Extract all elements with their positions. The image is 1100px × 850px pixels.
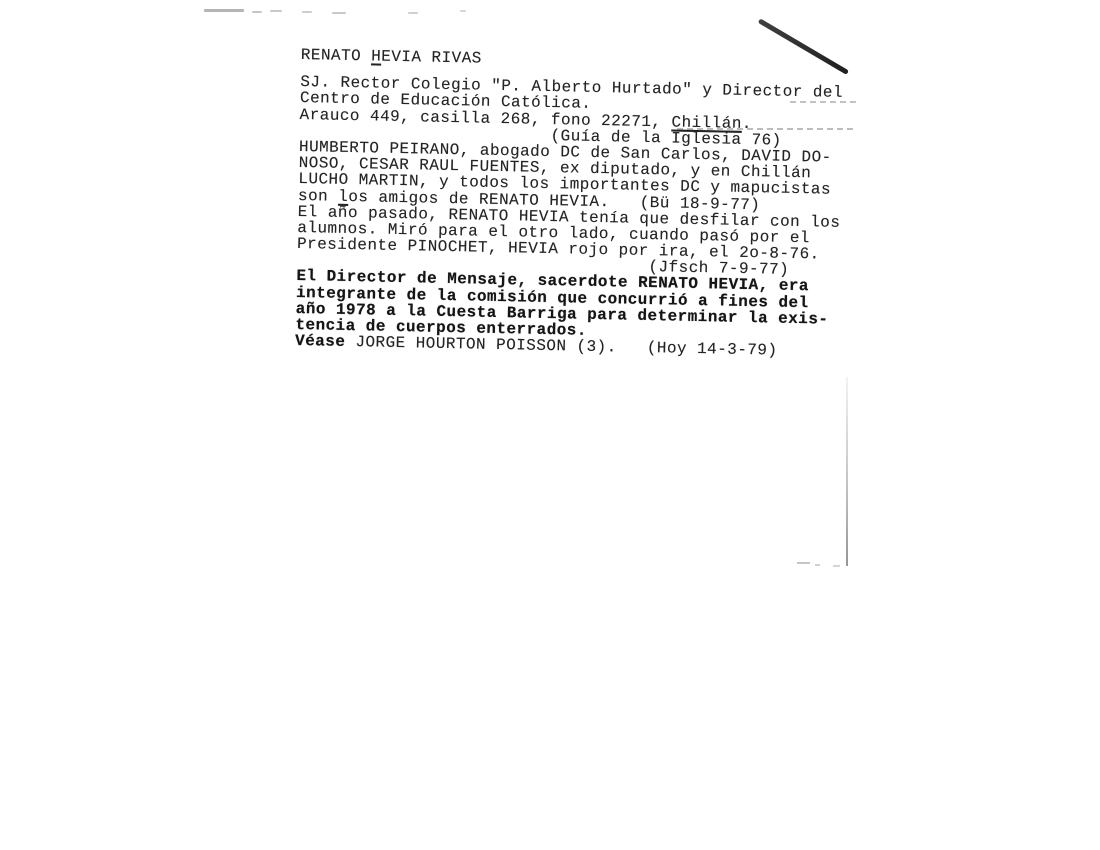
typewritten-text-block: RENATO HEVIA RIVAS SJ. Rector Colegio "P…: [295, 47, 844, 360]
scan-smudge: [460, 10, 466, 12]
scan-smudge: [252, 11, 262, 13]
title-text: EVIA RIVAS: [381, 48, 482, 68]
card-body: SJ. Rector Colegio "P. Alberto Hurtado" …: [295, 74, 843, 360]
scan-smudge: [332, 12, 346, 14]
text-segment: Véase: [295, 332, 346, 351]
scan-smudge: [204, 9, 244, 12]
card-title: RENATO HEVIA RIVAS: [301, 47, 844, 74]
scan-smudge: [797, 562, 810, 564]
scan-smudge: [270, 10, 282, 12]
title-text: RENATO: [301, 46, 372, 65]
scan-smudge: [408, 12, 418, 14]
scan-line-artifact: [846, 377, 848, 566]
scanned-document-page: RENATO HEVIA RIVAS SJ. Rector Colegio "P…: [0, 0, 1100, 850]
scan-smudge: [815, 564, 820, 566]
scan-smudge: [833, 565, 840, 567]
scan-smudge: [302, 11, 312, 13]
